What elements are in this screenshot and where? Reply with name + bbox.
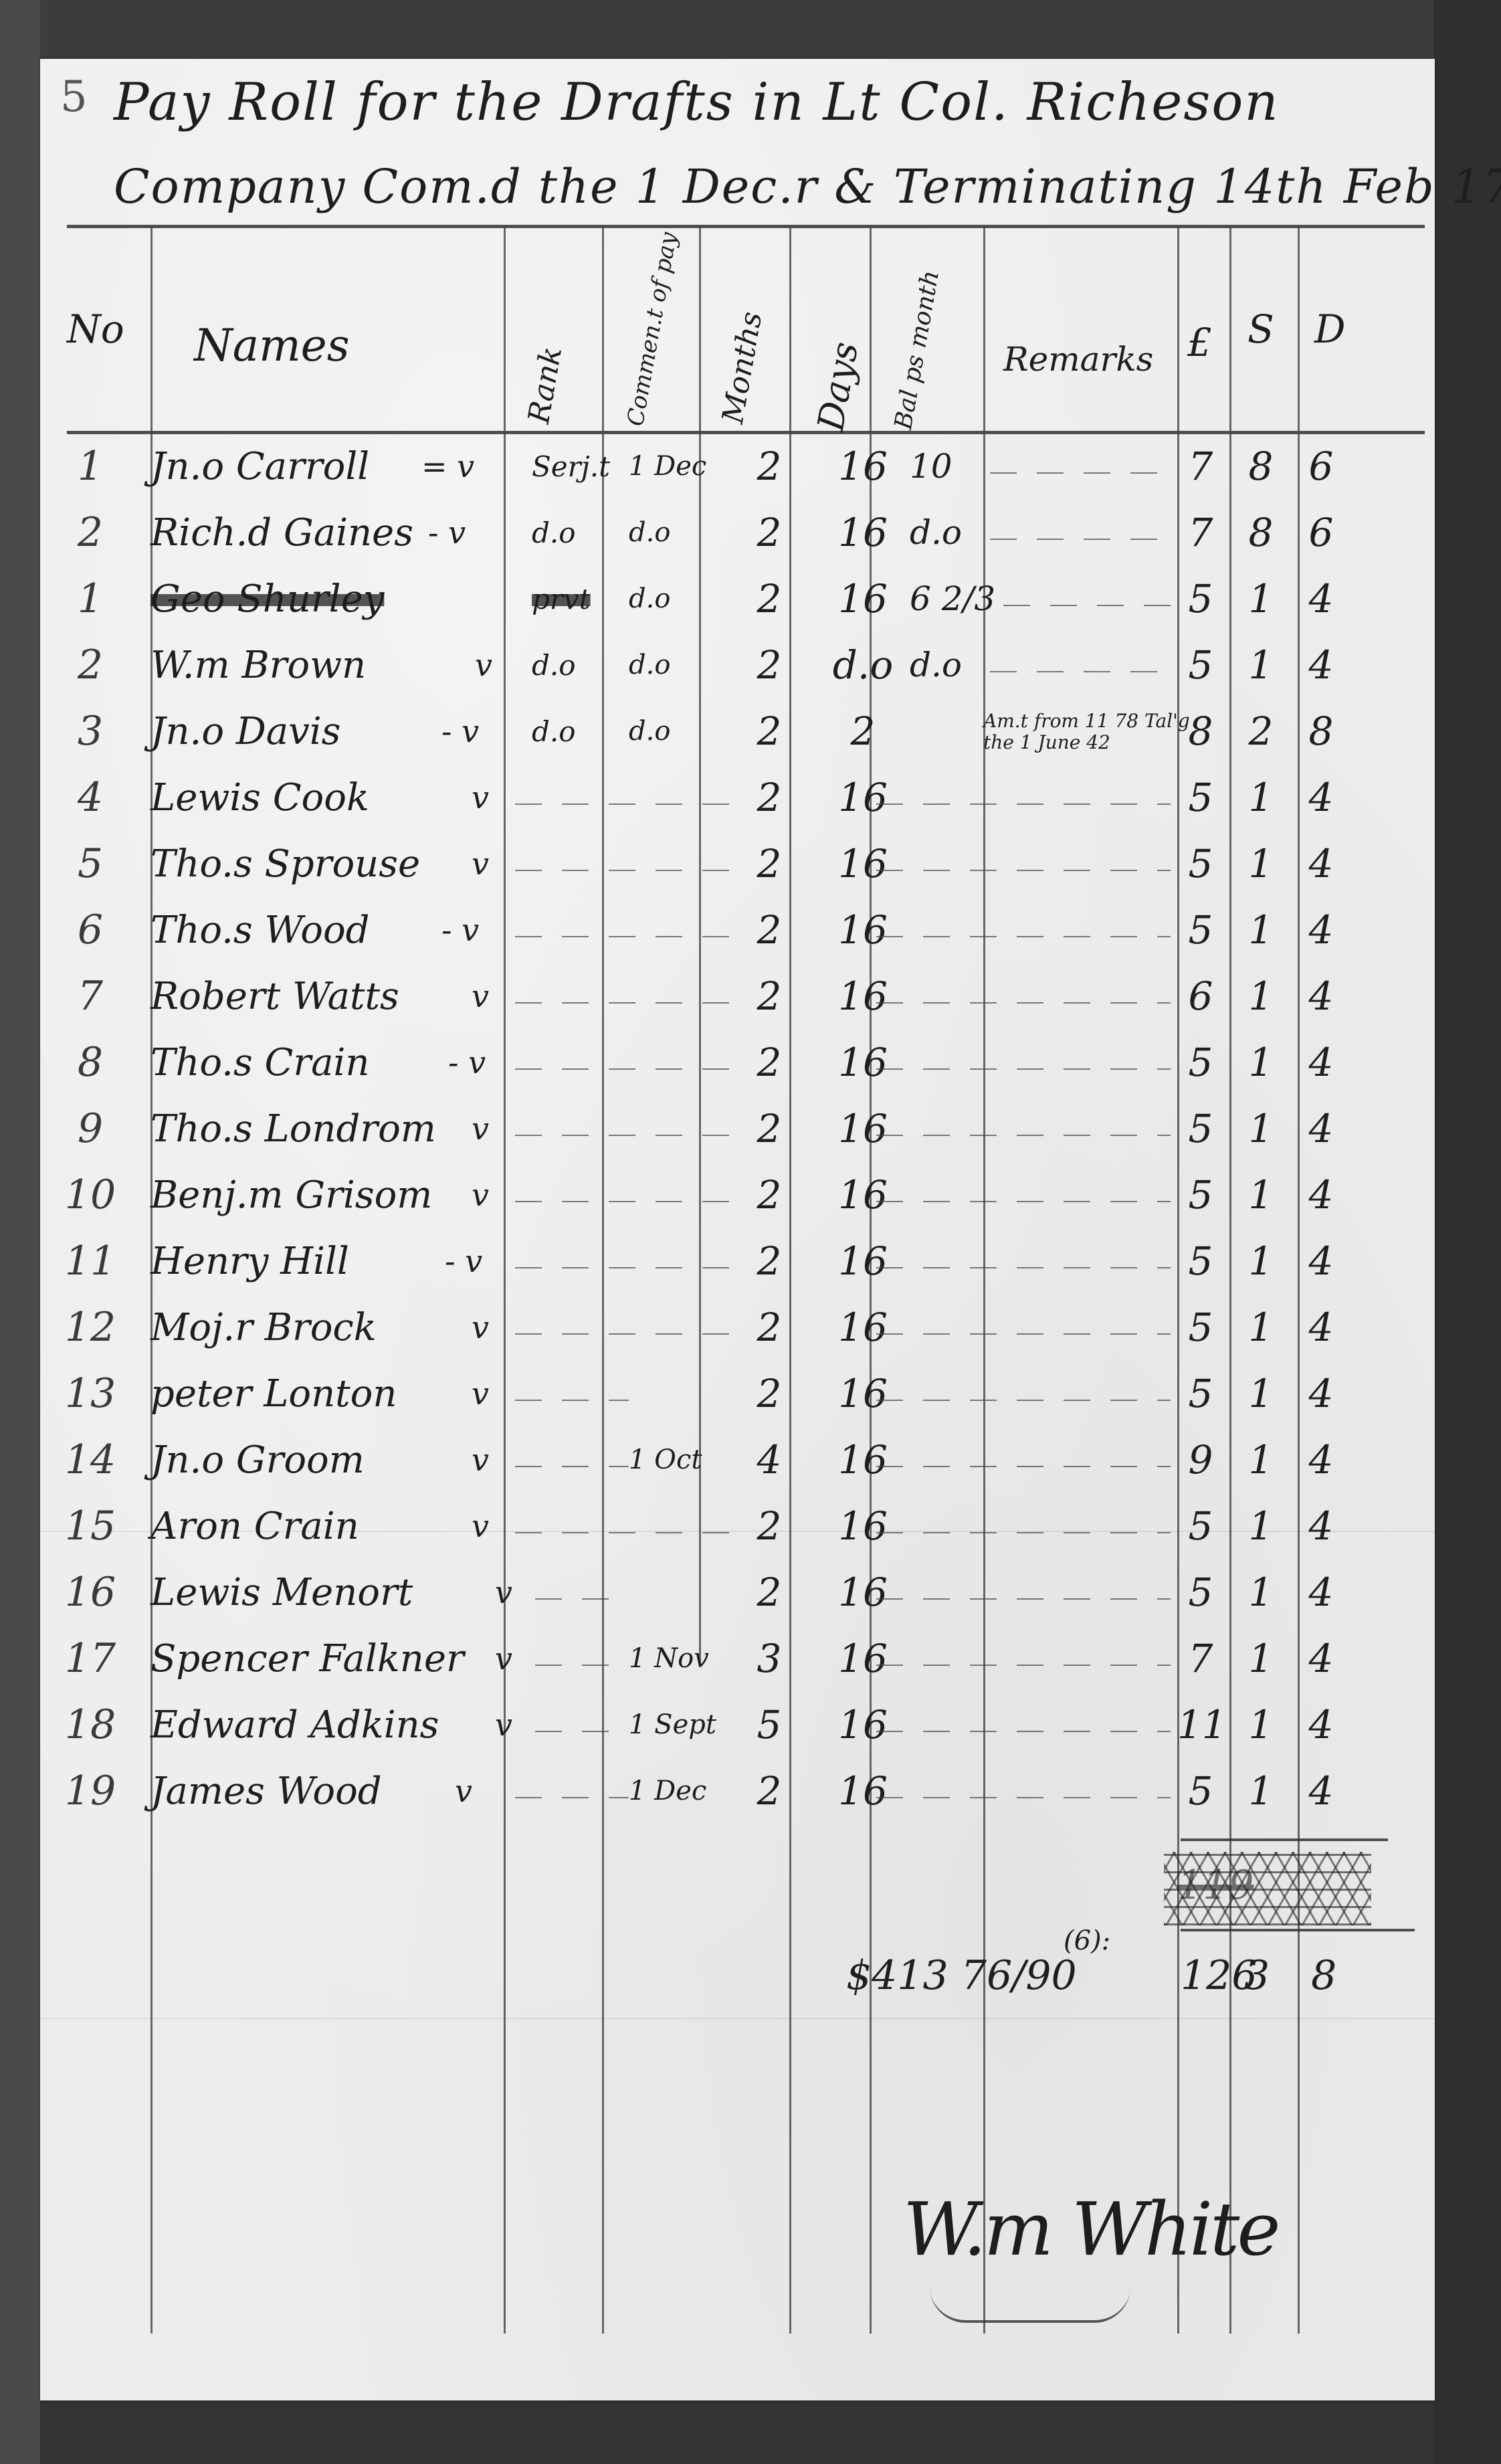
months: 2 <box>742 1758 796 1824</box>
rank: d.o <box>532 632 612 698</box>
days: 16 <box>826 963 900 1030</box>
days: 16 <box>826 500 900 566</box>
days: 16 <box>826 1493 900 1559</box>
row-number: 3 <box>54 698 127 765</box>
months: 3 <box>742 1626 796 1692</box>
total-rule-top <box>1181 1838 1388 1841</box>
pence: 4 <box>1298 566 1344 632</box>
months: 2 <box>742 1030 796 1096</box>
months: 2 <box>742 765 796 831</box>
commencement-of-pay: d.o <box>629 632 729 698</box>
header-names: Names <box>194 320 350 371</box>
pence: 4 <box>1298 1096 1344 1162</box>
table-row: 17 Spencer Falkner v 1 Nov 3 16 7 1 4 <box>40 1626 1435 1692</box>
table-row: 18 Edward Adkins v 1 Sept 5 16 11 1 4 <box>40 1692 1435 1758</box>
scan-border-top <box>0 0 1501 64</box>
days: 16 <box>826 1559 900 1626</box>
pounds: 7 <box>1177 1626 1224 1692</box>
header-months: Months <box>716 309 769 426</box>
scan-border-left <box>0 0 40 2464</box>
row-number: 6 <box>54 897 127 963</box>
pounds: 5 <box>1177 1030 1224 1096</box>
fill-dash <box>535 1665 629 1666</box>
table-row: 14 Jn.o Groom v 1 Oct 4 16 9 1 4 <box>40 1427 1435 1493</box>
fill-dash <box>515 1135 736 1136</box>
soldier-name: W.m Brown <box>151 632 525 698</box>
struck-subtotal: 119 <box>1177 1862 1254 1909</box>
fill-dash <box>515 1466 629 1467</box>
months: 2 <box>742 1096 796 1162</box>
signature: W.m White <box>903 2186 1278 2272</box>
row-number: 11 <box>54 1228 127 1295</box>
fill-dash <box>990 472 1171 474</box>
months: 2 <box>742 566 796 632</box>
soldier-name: Moj.r Brock <box>151 1295 525 1361</box>
soldier-name: Robert Watts <box>151 963 525 1030</box>
fill-dash <box>876 1665 1171 1666</box>
soldier-name: Edward Adkins <box>151 1692 525 1758</box>
pence: 4 <box>1298 1758 1344 1824</box>
months: 2 <box>742 1361 796 1427</box>
days: 16 <box>826 1162 900 1228</box>
months: 2 <box>742 1162 796 1228</box>
check-mark: v <box>472 1096 512 1162</box>
fill-dash <box>876 1532 1171 1533</box>
check-mark: - v <box>441 698 482 765</box>
soldier-name: Lewis Cook <box>151 765 525 831</box>
shillings: 1 <box>1237 897 1284 963</box>
table-row: 2 W.m Brown v d.o d.o 2 d.o d.o 5 1 4 <box>40 632 1435 698</box>
pence: 4 <box>1298 1162 1344 1228</box>
check-mark: v <box>472 1295 512 1361</box>
scan-border-bottom <box>0 2400 1501 2464</box>
pounds: 5 <box>1177 1295 1224 1361</box>
days: 16 <box>826 1096 900 1162</box>
pence: 4 <box>1298 897 1344 963</box>
fill-dash <box>515 1267 736 1268</box>
shillings: 1 <box>1237 1096 1284 1162</box>
pounds: 5 <box>1177 1758 1224 1824</box>
fill-dash <box>515 1797 629 1798</box>
signature-flourish <box>930 2287 1130 2323</box>
check-mark: v <box>472 1162 512 1228</box>
fill-dash <box>1003 605 1171 606</box>
title-line-1: Pay Roll for the Drafts in Lt Col. Riche… <box>114 72 1280 132</box>
pounds: 5 <box>1177 1162 1224 1228</box>
pence: 4 <box>1298 831 1344 897</box>
commencement-of-pay: 1 Dec <box>629 434 729 500</box>
paper-fold <box>40 2018 1435 2019</box>
header-top-rule <box>67 225 1425 228</box>
pence: 4 <box>1298 632 1344 698</box>
table-row: 3 Jn.o Davis - v d.o d.o 2 2 Am.t from 1… <box>40 698 1435 765</box>
days: 2 <box>826 698 900 765</box>
table-row: 8 Tho.s Crain - v 2 16 5 1 4 <box>40 1030 1435 1096</box>
pounds: 5 <box>1177 1228 1224 1295</box>
months: 5 <box>742 1692 796 1758</box>
pounds: 5 <box>1177 831 1224 897</box>
row-number: 4 <box>54 765 127 831</box>
days: 16 <box>826 1030 900 1096</box>
commencement-of-pay: d.o <box>629 500 729 566</box>
row-number: 14 <box>54 1427 127 1493</box>
table-row: 9 Tho.s Londrom v 2 16 5 1 4 <box>40 1096 1435 1162</box>
check-mark: = v <box>421 434 462 500</box>
balance-per-month: 6 2/3 <box>910 566 990 632</box>
table-row: 1 Jn.o Carroll = v Serj.t 1 Dec 2 16 10 … <box>40 434 1435 500</box>
commencement-of-pay: 1 Oct <box>629 1427 729 1493</box>
days: 16 <box>826 897 900 963</box>
shillings: 1 <box>1237 1361 1284 1427</box>
table-row: 6 Tho.s Wood - v 2 16 5 1 4 <box>40 897 1435 963</box>
fill-dash <box>515 1002 736 1004</box>
rank: d.o <box>532 500 612 566</box>
shillings: 1 <box>1237 632 1284 698</box>
title-line-2: Company Com.d the 1 Dec.r & Terminating … <box>114 159 1501 214</box>
fill-dash <box>515 870 736 871</box>
soldier-name-struck: Geo Shurley <box>151 566 525 632</box>
months: 2 <box>742 434 796 500</box>
row-number: 16 <box>54 1559 127 1626</box>
balance-per-month: 10 <box>910 434 990 500</box>
header-remarks: Remarks <box>1003 340 1153 379</box>
row-number: 1 <box>54 434 127 500</box>
shillings: 1 <box>1237 831 1284 897</box>
shillings: 1 <box>1237 1692 1284 1758</box>
header-pounds: £ <box>1187 320 1212 365</box>
pounds: 5 <box>1177 632 1224 698</box>
pounds: 8 <box>1177 698 1224 765</box>
shillings: 1 <box>1237 1427 1284 1493</box>
pence: 4 <box>1298 1559 1344 1626</box>
row-number: 1 <box>54 566 127 632</box>
fill-dash <box>515 1333 736 1335</box>
check-mark: v <box>472 831 512 897</box>
days: 16 <box>826 1692 900 1758</box>
pounds: 5 <box>1177 566 1224 632</box>
balance-per-month: d.o <box>910 500 990 566</box>
soldier-name: Tho.s Sprouse <box>151 831 525 897</box>
conversion-mark: (6): <box>1064 1925 1110 1956</box>
total-rule-bottom <box>1181 1929 1415 1931</box>
pounds: 5 <box>1177 1493 1224 1559</box>
shillings: 1 <box>1237 1030 1284 1096</box>
pence: 4 <box>1298 1030 1344 1096</box>
fill-dash <box>876 1135 1171 1136</box>
fill-dash <box>876 870 1171 871</box>
fill-dash <box>876 936 1171 937</box>
row-number: 15 <box>54 1493 127 1559</box>
table-row: 7 Robert Watts v 2 16 6 1 4 <box>40 963 1435 1030</box>
table-row: 11 Henry Hill - v 2 16 5 1 4 <box>40 1228 1435 1295</box>
pence: 8 <box>1298 698 1344 765</box>
soldier-name: Rich.d Gaines <box>151 500 525 566</box>
header-days: Days <box>809 339 866 434</box>
check-mark: - v <box>448 1030 488 1096</box>
check-mark: v <box>455 1758 495 1824</box>
table-row: 13 peter Lonton v 2 16 5 1 4 <box>40 1361 1435 1427</box>
fill-dash <box>876 1466 1171 1467</box>
pence: 4 <box>1298 1228 1344 1295</box>
fill-dash <box>515 1400 629 1401</box>
shillings: 1 <box>1237 1559 1284 1626</box>
months: 2 <box>742 963 796 1030</box>
pounds: 7 <box>1177 434 1224 500</box>
table-row: 5 Tho.s Sprouse v 2 16 5 1 4 <box>40 831 1435 897</box>
row-number: 5 <box>54 831 127 897</box>
table-row: 2 Rich.d Gaines - v d.o d.o 2 16 d.o 7 8… <box>40 500 1435 566</box>
fill-dash <box>876 1797 1171 1798</box>
pounds: 11 <box>1177 1692 1224 1758</box>
header-pence: D <box>1314 306 1346 352</box>
fill-dash <box>876 1731 1171 1732</box>
row-number: 2 <box>54 632 127 698</box>
months: 2 <box>742 1228 796 1295</box>
shillings: 1 <box>1237 963 1284 1030</box>
check-mark: v <box>495 1692 535 1758</box>
table-row: 10 Benj.m Grisom v 2 16 5 1 4 <box>40 1162 1435 1228</box>
pounds: 5 <box>1177 1361 1224 1427</box>
months: 2 <box>742 1295 796 1361</box>
total-pence: 8 <box>1311 1952 1336 1999</box>
shillings: 1 <box>1237 1493 1284 1559</box>
check-mark: v <box>472 1427 512 1493</box>
fill-dash <box>515 803 736 805</box>
check-mark: v <box>472 963 512 1030</box>
commencement-of-pay: 1 Sept <box>629 1692 729 1758</box>
pence: 6 <box>1298 434 1344 500</box>
rank: prvt <box>532 566 612 632</box>
check-mark: v <box>495 1626 535 1692</box>
row-number: 9 <box>54 1096 127 1162</box>
page-number: 5 <box>60 72 88 122</box>
days: 16 <box>826 1758 900 1824</box>
months: 4 <box>742 1427 796 1493</box>
months: 2 <box>742 897 796 963</box>
pence: 4 <box>1298 1692 1344 1758</box>
fill-dash <box>535 1598 629 1600</box>
rank: d.o <box>532 698 612 765</box>
fill-dash <box>876 1267 1171 1268</box>
pence: 4 <box>1298 1295 1344 1361</box>
table-row: 16 Lewis Menort v 2 16 5 1 4 <box>40 1559 1435 1626</box>
pence: 4 <box>1298 1626 1344 1692</box>
row-number: 2 <box>54 500 127 566</box>
check-mark: v <box>495 1559 535 1626</box>
fill-dash <box>515 1068 736 1070</box>
pounds: 7 <box>1177 500 1224 566</box>
check-mark: - v <box>441 897 482 963</box>
shillings: 1 <box>1237 1758 1284 1824</box>
table-row: 12 Moj.r Brock v 2 16 5 1 4 <box>40 1295 1435 1361</box>
days: 16 <box>826 831 900 897</box>
commencement-of-pay: d.o <box>629 566 729 632</box>
shillings: 1 <box>1237 566 1284 632</box>
fill-dash <box>876 1333 1171 1335</box>
shillings: 2 <box>1237 698 1284 765</box>
shillings: 1 <box>1237 1626 1284 1692</box>
table-row: 19 James Wood v 1 Dec 2 16 5 1 4 <box>40 1758 1435 1824</box>
fill-dash <box>876 803 1171 805</box>
fill-dash <box>990 671 1171 672</box>
days: 16 <box>826 1295 900 1361</box>
fill-dash <box>876 1598 1171 1600</box>
row-number: 19 <box>54 1758 127 1824</box>
days: 16 <box>826 1361 900 1427</box>
fill-dash <box>515 936 736 937</box>
soldier-name: Spencer Falkner <box>151 1626 525 1692</box>
pounds: 5 <box>1177 765 1224 831</box>
header-shillings: S <box>1247 306 1274 352</box>
months: 2 <box>742 698 796 765</box>
pence: 4 <box>1298 963 1344 1030</box>
days: 16 <box>826 765 900 831</box>
days: 16 <box>826 1427 900 1493</box>
row-number: 13 <box>54 1361 127 1427</box>
shillings: 1 <box>1237 1295 1284 1361</box>
scan-border-right <box>1434 0 1501 2464</box>
balance-per-month: d.o <box>910 632 990 698</box>
pounds: 9 <box>1177 1427 1224 1493</box>
table-row: 4 Lewis Cook v 2 16 5 1 4 <box>40 765 1435 831</box>
commencement-of-pay: 1 Dec <box>629 1758 729 1824</box>
months: 2 <box>742 1493 796 1559</box>
pounds: 5 <box>1177 1559 1224 1626</box>
header-rank: Rank <box>522 344 569 425</box>
row-number: 18 <box>54 1692 127 1758</box>
row-number: 10 <box>54 1162 127 1228</box>
days: 16 <box>826 566 900 632</box>
check-mark: v <box>472 1493 512 1559</box>
fill-dash <box>515 1201 736 1202</box>
row-number: 17 <box>54 1626 127 1692</box>
commencement-of-pay: 1 Nov <box>629 1626 729 1692</box>
table-row: 15 Aron Crain v 2 16 5 1 4 <box>40 1493 1435 1559</box>
fill-dash <box>876 1201 1171 1202</box>
paper-fold <box>40 1531 1435 1532</box>
check-mark: - v <box>428 500 468 566</box>
check-mark: - v <box>445 1228 485 1295</box>
days: 16 <box>826 1228 900 1295</box>
soldier-name: Aron Crain <box>151 1493 525 1559</box>
header-no: No <box>67 306 124 352</box>
rank: Serj.t <box>532 434 612 500</box>
header-commencement: Commen.t of pay <box>622 230 682 428</box>
fill-dash <box>876 1400 1171 1401</box>
row-number: 12 <box>54 1295 127 1361</box>
soldier-name: Jn.o Groom <box>151 1427 525 1493</box>
fill-dash <box>535 1731 629 1732</box>
months: 2 <box>742 500 796 566</box>
fill-dash <box>990 539 1171 540</box>
soldier-name: Tho.s Londrom <box>151 1096 525 1162</box>
fill-dash <box>876 1002 1171 1004</box>
pence: 4 <box>1298 1427 1344 1493</box>
document-page: 5 Pay Roll for the Drafts in Lt Col. Ric… <box>40 59 1435 2400</box>
check-mark: v <box>475 632 515 698</box>
months: 2 <box>742 632 796 698</box>
pence: 4 <box>1298 1361 1344 1427</box>
shillings: 1 <box>1237 765 1284 831</box>
total-shillings: 3 <box>1244 1952 1270 1999</box>
shillings: 1 <box>1237 1228 1284 1295</box>
months: 2 <box>742 831 796 897</box>
soldier-name: Lewis Menort <box>151 1559 525 1626</box>
check-mark: v <box>472 1361 512 1427</box>
check-mark: v <box>472 765 512 831</box>
pounds: 5 <box>1177 897 1224 963</box>
row-number: 7 <box>54 963 127 1030</box>
days: d.o <box>826 632 900 698</box>
soldier-name: Benj.m Grisom <box>151 1162 525 1228</box>
pence: 4 <box>1298 765 1344 831</box>
pounds: 5 <box>1177 1096 1224 1162</box>
commencement-of-pay: d.o <box>629 698 729 765</box>
shillings: 1 <box>1237 1162 1284 1228</box>
fill-dash <box>876 1068 1171 1070</box>
fill-dash <box>515 1532 736 1533</box>
pence: 4 <box>1298 1493 1344 1559</box>
pounds: 6 <box>1177 963 1224 1030</box>
months: 2 <box>742 1559 796 1626</box>
days: 16 <box>826 1626 900 1692</box>
soldier-name: peter Lonton <box>151 1361 525 1427</box>
pence: 6 <box>1298 500 1344 566</box>
header-balance: Bal ps month <box>890 268 944 432</box>
shillings: 8 <box>1237 500 1284 566</box>
row-number: 8 <box>54 1030 127 1096</box>
days: 16 <box>826 434 900 500</box>
table-row-struck: 1 Geo Shurley prvt d.o 2 16 6 2/3 5 1 4 <box>40 566 1435 632</box>
dollar-conversion-note: $413 76/90 <box>846 1952 1077 1999</box>
shillings: 8 <box>1237 434 1284 500</box>
